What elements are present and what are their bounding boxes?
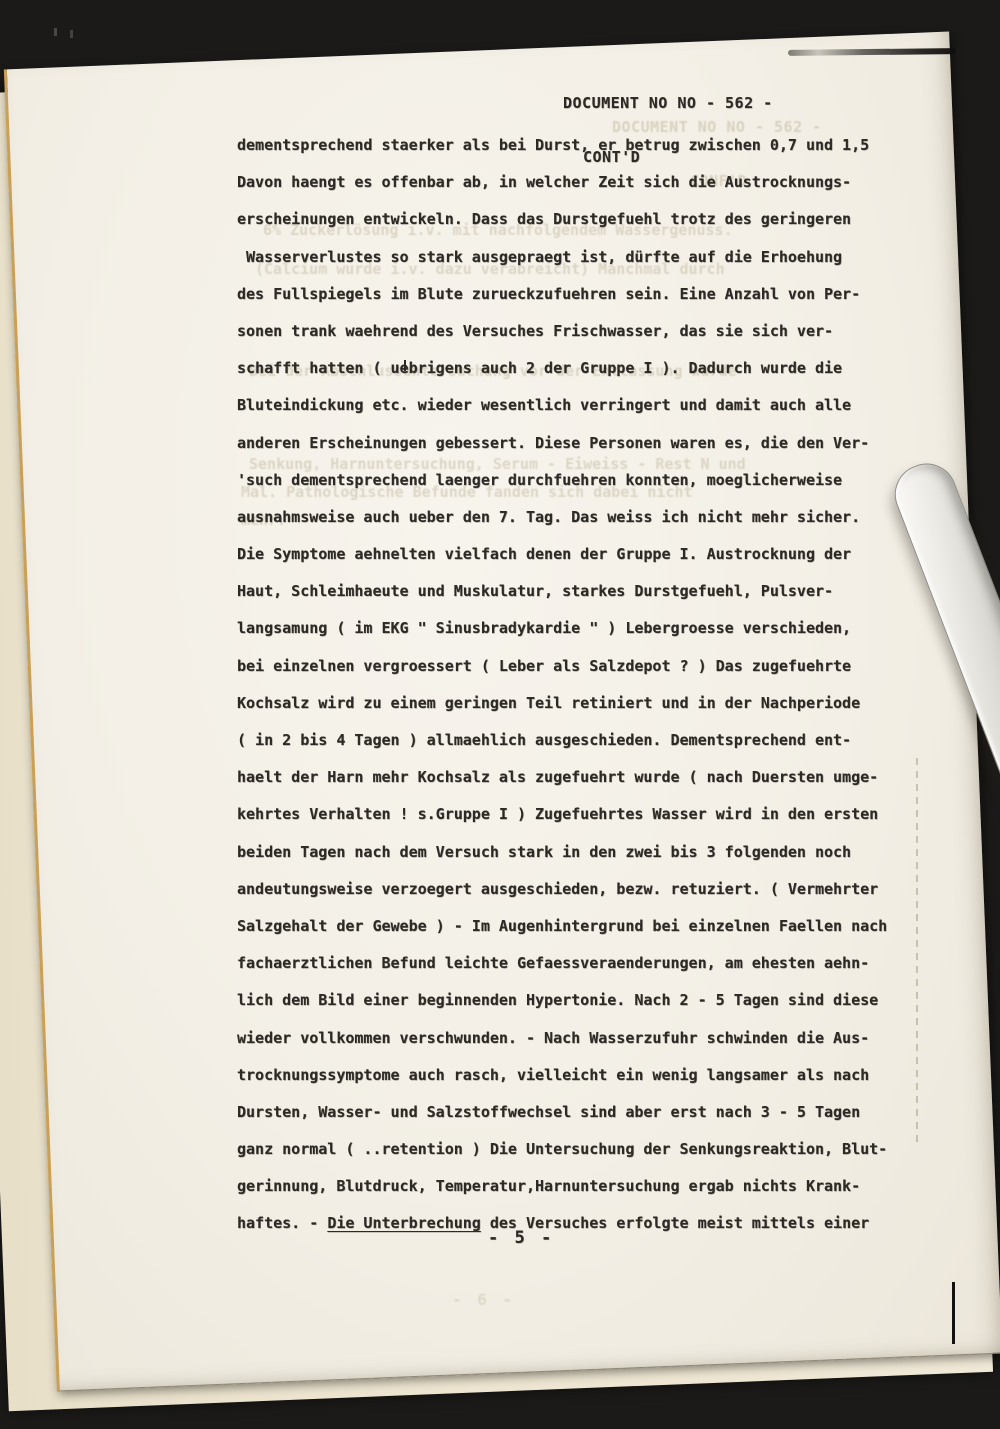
crease-mark — [952, 1282, 955, 1344]
typed-line: Salzgehalt der Gewebe ) - Im Augenhinter… — [237, 908, 927, 945]
ghost-page-number: - 6 - — [452, 1290, 515, 1309]
typed-line: kehrtes Verhalten ! s.Gruppe I ) Zugefue… — [237, 796, 927, 833]
typed-line: Haut, Schleimhaeute und Muskulatur, star… — [237, 573, 927, 610]
typed-line: ausnahmsweise auch ueber den 7. Tag. Das… — [237, 499, 927, 536]
typed-line: ( in 2 bis 4 Tagen ) allmaehlich ausgesc… — [237, 722, 927, 759]
typed-line: bei einzelnen vergroessert ( Leber als S… — [237, 648, 927, 685]
typed-line-last: haftes. - Die Unterbrechung des Versuche… — [237, 1205, 927, 1242]
typed-line: anderen Erscheinungen gebessert. Diese P… — [237, 425, 927, 462]
typed-line: gerinnung, Blutdruck, Temperatur,Harnunt… — [237, 1168, 927, 1205]
typed-line: Kochsalz wird zu einem geringen Teil ret… — [237, 685, 927, 722]
scanned-document-page: DOCUMENT NO NO - 562 - CONF'D DOCUMENT N… — [0, 0, 1000, 1429]
document-number: DOCUMENT NO NO - 562 - — [563, 94, 773, 112]
last-line-underlined: Die Unterbrechung — [327, 1214, 481, 1232]
typed-line: langsamung ( im EKG " Sinusbradykardie "… — [237, 610, 927, 647]
typed-line: sonen trank waehrend des Versuches Frisc… — [237, 313, 927, 350]
under-page-edge-line — [916, 758, 918, 1148]
typed-line: Wasserverlustes so stark ausgepraegt ist… — [237, 239, 927, 276]
typed-line: erscheinungen entwickeln. Dass das Durst… — [237, 201, 927, 238]
typed-line: des Fullspiegels im Blute zurueckzufuehr… — [237, 276, 927, 313]
typed-line: haelt der Harn mehr Kochsalz als zugefue… — [237, 759, 927, 796]
typed-line: Davon haengt es offenbar ab, in welcher … — [237, 164, 927, 201]
typed-line: fachaerztlichen Befund leichte Gefaessve… — [237, 945, 927, 982]
typewritten-text-layer: DOCUMENT NO NO - 562 - CONF'D DOCUMENT N… — [0, 0, 1000, 1429]
typed-line: Dursten, Wasser- und Salzstoffwechsel si… — [237, 1094, 927, 1131]
typed-line: dementsprechend staerker als bei Durst, … — [237, 127, 927, 164]
typed-line: beiden Tagen nach dem Versuch stark in d… — [237, 834, 927, 871]
typed-line: Die Symptome aehnelten vielfach denen de… — [237, 536, 927, 573]
overstrike-mark — [404, 360, 406, 371]
last-line-pre: haftes. - — [237, 1214, 327, 1232]
typed-line: trocknungssymptome auch rasch, vielleich… — [237, 1057, 927, 1094]
typed-line: Bluteindickung etc. wieder wesentlich ve… — [237, 387, 927, 424]
typed-line: wieder vollkommen verschwunden. - Nach W… — [237, 1020, 927, 1057]
typed-line: schafft hatten ( uebrigens auch 2 der Gr… — [237, 350, 927, 387]
typed-line: andeutungsweise verzoegert ausgeschieden… — [237, 871, 927, 908]
typed-line: lich dem Bild einer beginnenden Hyperton… — [237, 982, 927, 1019]
typed-line: 'such dementsprechend laenger durchfuehr… — [237, 462, 927, 499]
page-number: - 5 - — [488, 1228, 554, 1248]
typed-line: ganz normal ( ..retention ) Die Untersuc… — [237, 1131, 927, 1168]
document-body: dementsprechend staerker als bei Durst, … — [237, 127, 927, 1243]
